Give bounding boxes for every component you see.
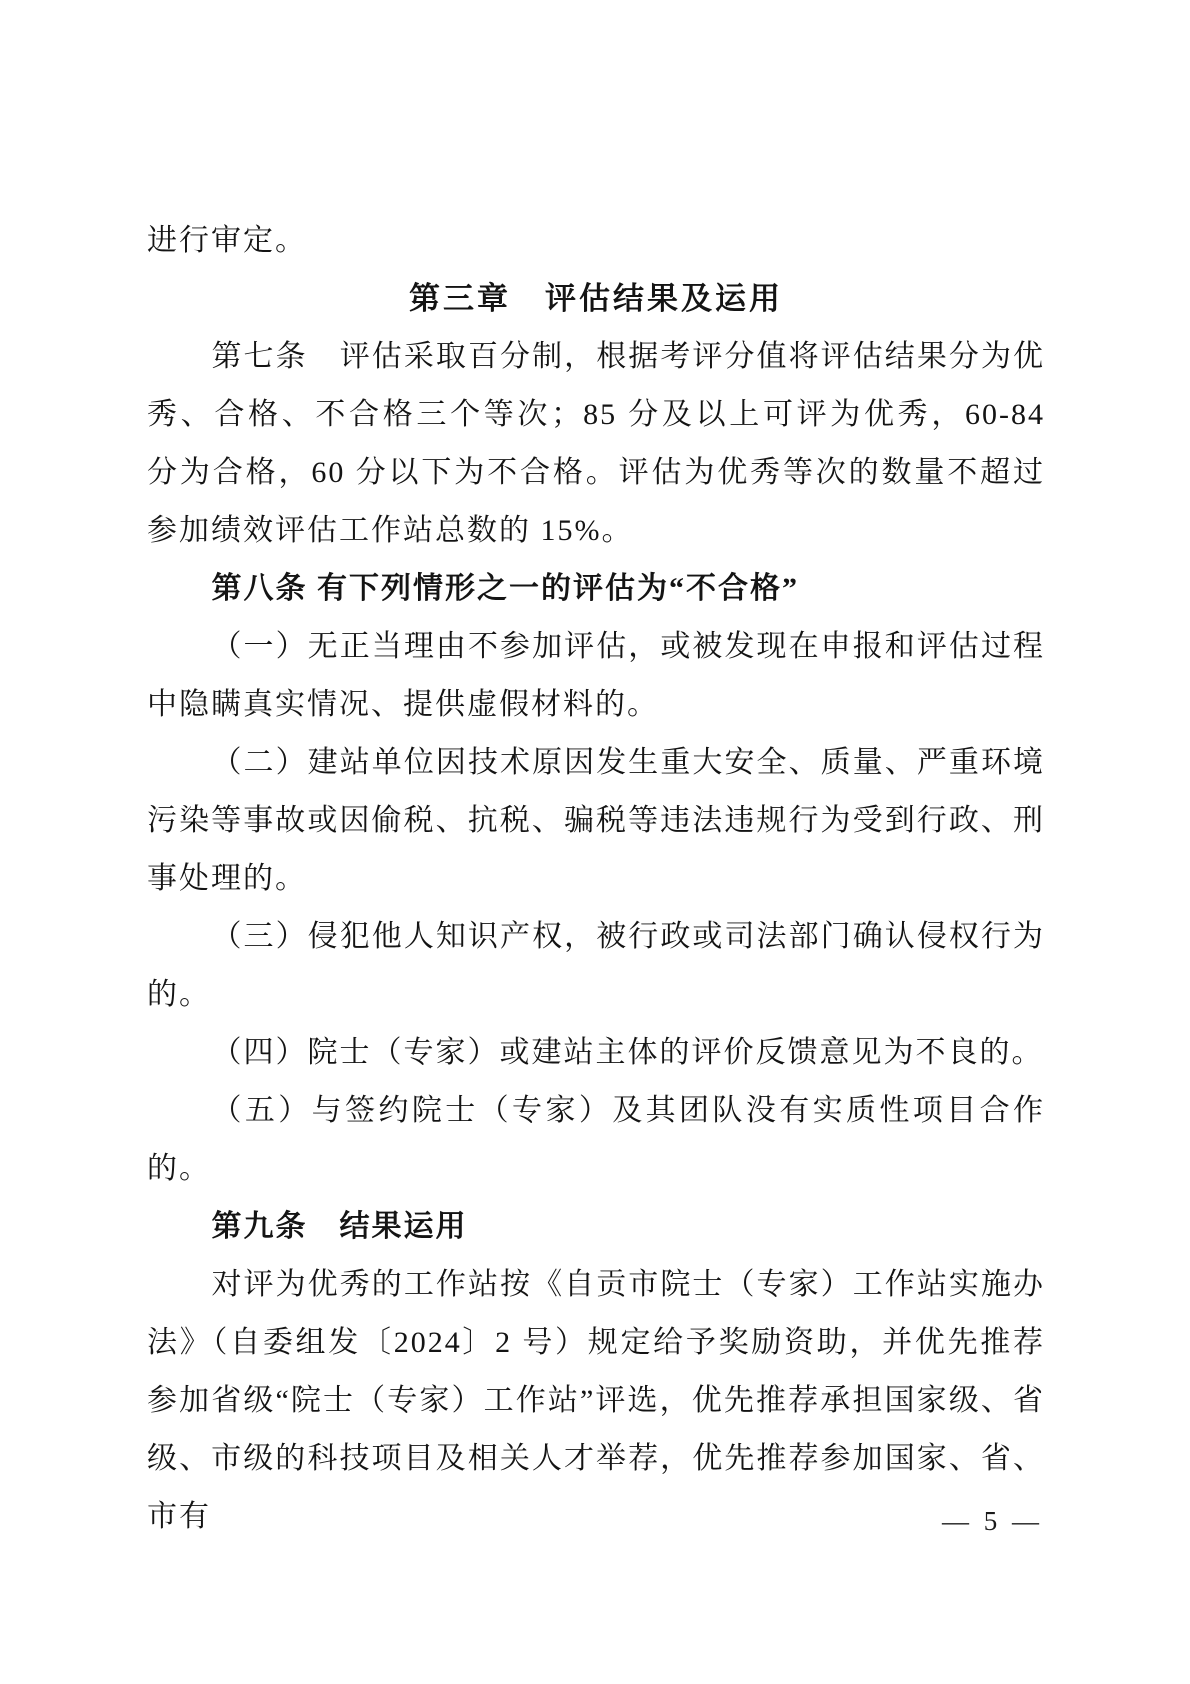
paragraph-article-9-body: 对评为优秀的工作站按《自贡市院士（专家）工作站实施办法》（自委组发〔2024〕2… <box>147 1256 1045 1546</box>
document-page: 进行审定。 第三章 评估结果及运用 第七条 评估采取百分制，根据考评分值将评估结… <box>0 0 1190 1684</box>
page-number: — 5 — <box>942 1506 1043 1537</box>
document-body: 进行审定。 第三章 评估结果及运用 第七条 评估采取百分制，根据考评分值将评估结… <box>147 212 1045 1546</box>
heading-article-9: 第九条 结果运用 <box>147 1198 1045 1256</box>
paragraph-continuation: 进行审定。 <box>147 212 1045 270</box>
paragraph-article-8-item-4: （四）院士（专家）或建站主体的评价反馈意见为不良的。 <box>147 1024 1045 1082</box>
chapter-heading: 第三章 评估结果及运用 <box>147 270 1045 328</box>
paragraph-article-7: 第七条 评估采取百分制，根据考评分值将评估结果分为优秀、合格、不合格三个等次；8… <box>147 328 1045 560</box>
heading-article-8: 第八条 有下列情形之一的评估为“不合格” <box>147 560 1045 618</box>
paragraph-article-8-item-5: （五）与签约院士（专家）及其团队没有实质性项目合作的。 <box>147 1082 1045 1198</box>
paragraph-article-8-item-2: （二）建站单位因技术原因发生重大安全、质量、严重环境污染等事故或因偷税、抗税、骗… <box>147 734 1045 908</box>
paragraph-article-8-item-3: （三）侵犯他人知识产权，被行政或司法部门确认侵权行为的。 <box>147 908 1045 1024</box>
paragraph-article-8-item-1: （一）无正当理由不参加评估，或被发现在申报和评估过程中隐瞒真实情况、提供虚假材料… <box>147 618 1045 734</box>
